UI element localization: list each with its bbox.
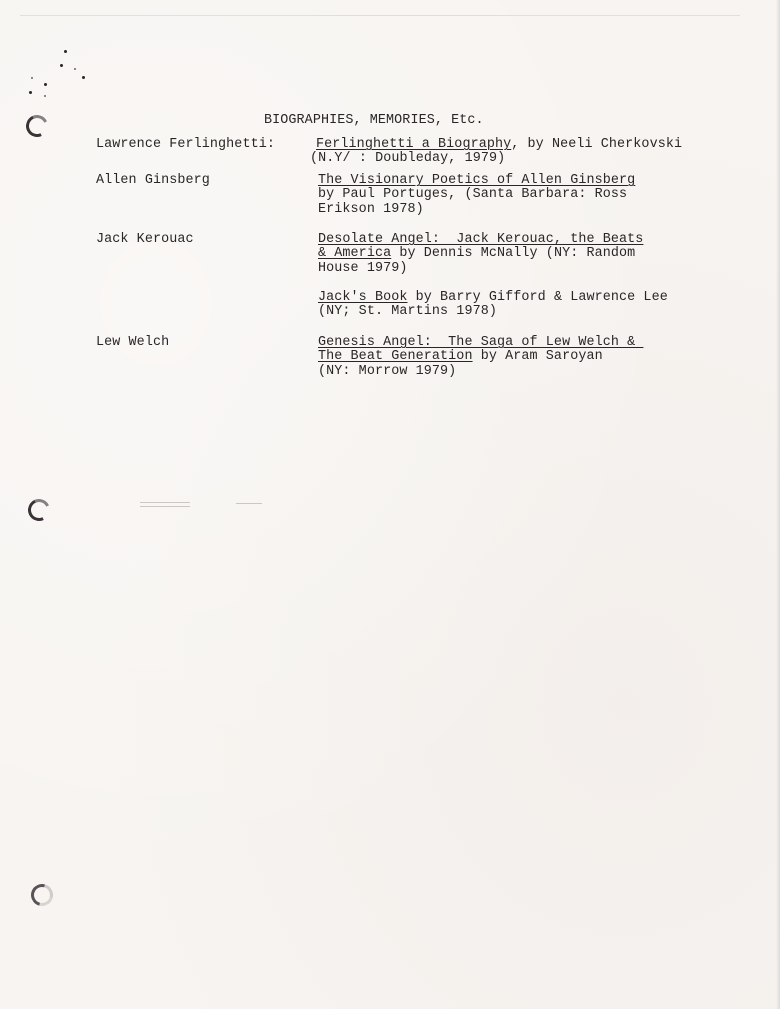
ink-speck [60,64,63,67]
book-title: The Visionary Poetics of Allen Ginsberg [318,173,635,188]
entry-kerouac-line1: Desolate Angel: Jack Kerouac, the Beats [318,232,643,247]
entry-welch-line1: Genesis Angel: The Saga of Lew Welch & [318,335,643,350]
punch-hole-icon [25,496,53,524]
smudge [140,506,190,507]
entry-kerouac-line3: House 1979) [318,261,408,276]
entry-welch-line2: The Beat Generation by Aram Saroyan [318,349,603,364]
entry-jacks-book-line2: (NY; St. Martins 1978) [318,304,497,319]
entry-ginsberg-line3: Erikson 1978) [318,202,424,217]
ink-speck [44,83,47,86]
punch-hole-icon [23,112,51,140]
paper-crease [20,15,740,16]
book-title: Desolate Angel: Jack Kerouac, the Beats [318,232,643,247]
ink-speck [29,91,32,94]
book-title: & America [318,246,391,261]
subject-ferlinghetti: Lawrence Ferlinghetti: [96,137,275,152]
smudge [236,503,262,504]
entry-ferlinghetti-line2: (N.Y/ : Doubleday, 1979) [310,151,505,166]
smudge [140,502,190,503]
ink-speck [44,95,46,97]
book-title: The Beat Generation [318,349,473,364]
entry-kerouac-line2: & America by Dennis McNally (NY: Random [318,246,635,261]
entry-ginsberg-line2: by Paul Portuges, (Santa Barbara: Ross [318,187,627,202]
ink-speck [82,76,85,79]
book-title: Jack's Book [318,290,408,305]
entry-jacks-book-line1: Jack's Book by Barry Gifford & Lawrence … [318,290,668,305]
ink-speck [74,68,76,70]
punch-hole-icon [27,880,57,910]
ink-speck [31,77,33,79]
page-heading: BIOGRAPHIES, MEMORIES, Etc. [264,113,484,128]
book-title: Ferlinghetti a Biography [316,137,511,152]
subject-welch: Lew Welch [96,335,169,350]
ink-speck [64,50,67,53]
subject-ginsberg: Allen Ginsberg [96,173,210,188]
subject-kerouac: Jack Kerouac [96,232,194,247]
entry-ferlinghetti-line1: Ferlinghetti a Biography, by Neeli Cherk… [316,137,682,152]
entry-ginsberg-line1: The Visionary Poetics of Allen Ginsberg [318,173,635,188]
entry-welch-line3: (NY: Morrow 1979) [318,364,456,379]
typewritten-page: BIOGRAPHIES, MEMORIES, Etc. Lawrence Fer… [0,0,780,1009]
paper-edge [776,0,780,1009]
book-title: Genesis Angel: The Saga of Lew Welch & [318,335,643,350]
